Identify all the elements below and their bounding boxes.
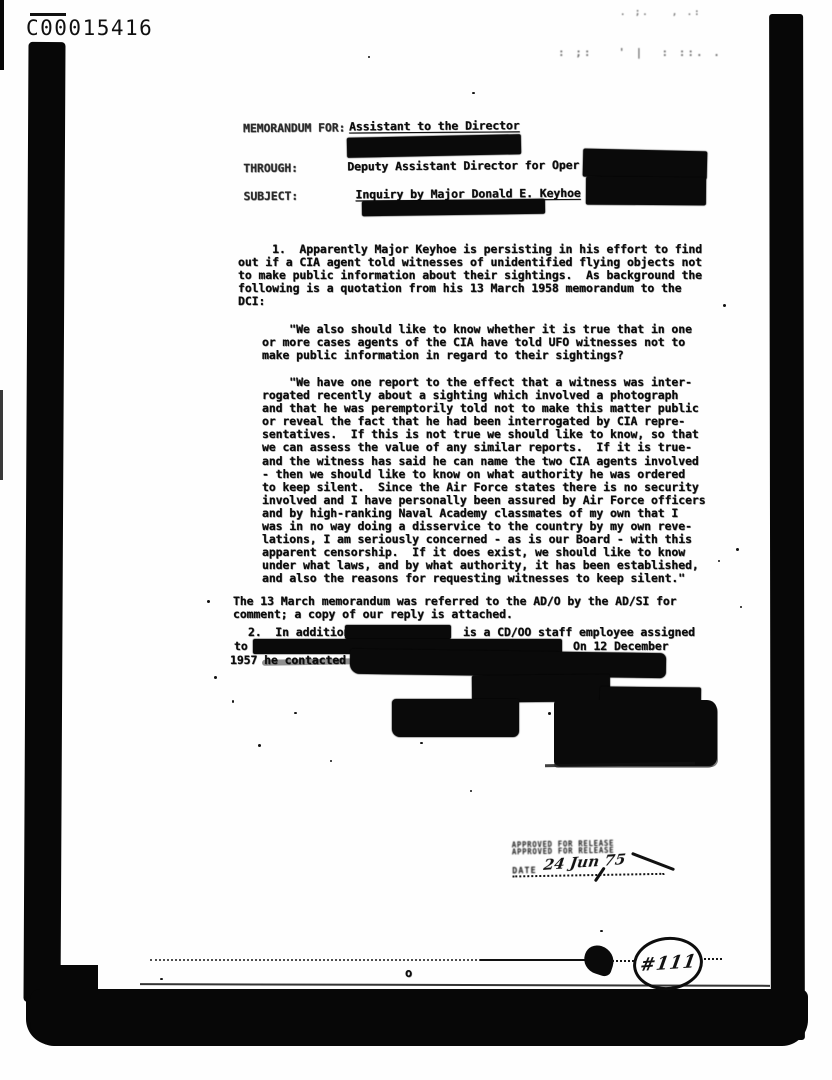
noise-speck [330,760,332,762]
noise-speck [232,700,234,703]
stray-o-mark: o [405,967,412,980]
noise-speck [470,790,472,792]
noise-speck [207,600,210,603]
redaction-block [554,700,717,766]
referral-paragraph: The 13 March memorandum was referred to … [233,595,753,621]
noise-speck [600,930,603,932]
paragraph-1: 1. Apparently Major Keyhoe is persisting… [238,243,778,308]
redaction-block [345,625,451,639]
scan-edge-sliver [0,390,3,480]
memo-for-value: Assistant to the Director [349,119,520,133]
redaction-block [583,149,708,180]
memo-for-label: MEMORANDUM FOR: [243,121,345,135]
redaction-block [392,699,519,737]
quote-paragraph-2: "We have one report to the effect that a… [262,376,742,586]
noise-speck [160,978,163,980]
memo-subject-label: SUBJECT: [243,190,298,203]
noise-speck [294,712,297,714]
redaction-block [347,134,521,158]
quote-paragraph-1: "We also should like to know whether it … [262,323,742,362]
scratch-line-dotted [704,958,722,960]
noise-speck [740,606,742,608]
scanned-memo-page: C00015416 . ;. , .: : ;: ' | : ::. . MEM… [0,0,832,1080]
release-stamp: APPROVED FOR RELEASE APPROVED FOR RELEAS… [512,839,683,881]
redaction-block [362,199,545,217]
noise-speck [736,548,739,551]
noise-speck [368,56,370,58]
noise-speck [472,92,475,94]
paragraph-2-line1-pre: 2. In addition, [248,626,357,639]
scratch-line-dotted [150,959,485,961]
noise-speck [214,676,217,679]
noise-speck [723,304,726,307]
paragraph-2-line1-post: is a CD/OO staff employee assigned [463,626,695,639]
paragraph-2-line2-pre: to [234,640,248,653]
redaction-block [350,649,666,678]
memo-through-value: Deputy Assistant Director for Oper [347,159,579,174]
memo-through-label: THROUGH: [243,162,298,175]
redaction-block [586,177,706,206]
pen-stroke [631,852,675,871]
scratch-line [480,959,586,961]
noise-speck [258,744,261,747]
noise-speck [548,712,551,715]
noise-speck [420,742,423,744]
noise-speck [718,560,720,562]
scratch-line-dotted [612,960,634,962]
scan-border-bottom [30,989,808,1046]
page-number: #111 [638,951,698,976]
